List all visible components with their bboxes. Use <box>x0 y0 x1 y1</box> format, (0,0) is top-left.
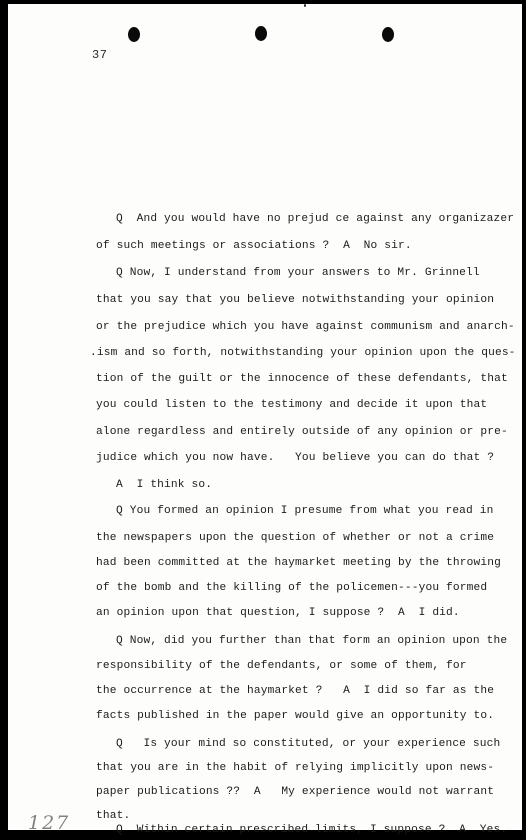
transcript-line: Q And you would have no prejud ce agains… <box>116 212 514 226</box>
transcript-line: judice which you now have. You believe y… <box>96 451 494 465</box>
transcript-line: the newspapers upon the question of whet… <box>96 531 494 545</box>
transcript-line: of the bomb and the killing of the polic… <box>96 581 487 595</box>
transcript-line: .ism and so forth, notwithstanding your … <box>90 346 516 360</box>
transcript-line: alone regardless and entirely outside of… <box>96 425 508 439</box>
punch-hole-right-icon <box>382 27 394 42</box>
transcript-line: or the prejudice which you have against … <box>96 320 515 334</box>
transcript-line: paper publications ?? A My experience wo… <box>96 785 494 799</box>
transcript-line: Q Now, did you further than that form an… <box>116 634 507 648</box>
transcript-line: the occurrence at the haymarket ? A I di… <box>96 684 494 698</box>
transcript-line: you could listen to the testimony and de… <box>96 398 487 412</box>
transcript-line: responsibility of the defendants, or som… <box>96 659 467 673</box>
punch-hole-left-icon <box>128 27 140 42</box>
transcript-line: tion of the guilt or the innocence of th… <box>96 372 508 386</box>
transcript-line: Q Now, I understand from your answers to… <box>116 266 480 280</box>
transcript-page: 37 Q And you would have no prejud ce aga… <box>8 4 522 830</box>
ink-speck-icon <box>304 4 306 7</box>
transcript-line: A I think so. <box>116 478 212 492</box>
transcript-line: facts published in the paper would give … <box>96 709 494 723</box>
transcript-line: of such meetings or associations ? A No … <box>96 239 412 253</box>
transcript-line: Q You formed an opinion I presume from w… <box>116 504 494 518</box>
transcript-line: that. <box>96 809 130 823</box>
transcript-line: Q Is your mind so constituted, or your e… <box>116 737 500 751</box>
transcript-line: that you are in the habit of relying imp… <box>96 761 494 775</box>
transcript-line: had been committed at the haymarket meet… <box>96 556 501 570</box>
transcript-line: an opinion upon that question, I suppose… <box>96 606 460 620</box>
transcript-line: that you say that you believe notwithsta… <box>96 293 494 307</box>
handwritten-page-note: 127 <box>28 812 70 830</box>
transcript-line-final: Q Within certain prescribed limits, I su… <box>116 823 507 837</box>
punch-hole-center-icon <box>255 26 267 41</box>
page-number: 37 <box>92 48 107 62</box>
